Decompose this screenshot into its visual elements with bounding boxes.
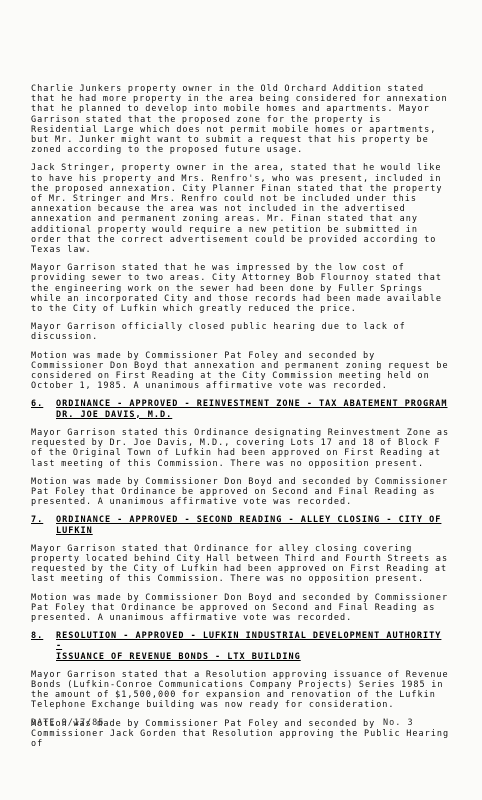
minutes-paragraph-10: Mayor Garrison stated that a Resolution … [31, 670, 453, 711]
footer-date: DATE 9/17/85 [31, 718, 104, 728]
agenda-item-7-heading: 7. ORDINANCE - APPROVED - SECOND READING… [31, 515, 453, 535]
agenda-item-6-title: ORDINANCE - APPROVED - REINVESTMENT ZONE… [56, 399, 453, 419]
agenda-item-7-title-line1: ORDINANCE - APPROVED - SECOND READING - … [56, 515, 441, 525]
minutes-page: Charlie Junkers property owner in the Ol… [31, 84, 453, 757]
agenda-item-6-number: 6. [31, 399, 56, 419]
agenda-item-7-number: 7. [31, 515, 56, 535]
minutes-paragraph-2: Jack Stringer, property owner in the are… [31, 163, 453, 255]
minutes-paragraph-5: Motion was made by Commissioner Pat Fole… [31, 351, 453, 392]
minutes-paragraph-7: Motion was made by Commissioner Don Boyd… [31, 477, 453, 508]
agenda-item-6-title-line1: ORDINANCE - APPROVED - REINVESTMENT ZONE… [56, 399, 448, 409]
agenda-item-8-title: RESOLUTION - APPROVED - LUFKIN INDUSTRIA… [56, 631, 453, 662]
minutes-paragraph-9: Motion was made by Commissioner Don Boyd… [31, 593, 453, 624]
minutes-paragraph-4: Mayor Garrison officially closed public … [31, 322, 453, 342]
minutes-paragraph-8: Mayor Garrison stated that Ordinance for… [31, 544, 453, 585]
minutes-paragraph-6: Mayor Garrison stated this Ordinance des… [31, 428, 453, 469]
agenda-item-8-heading: 8. RESOLUTION - APPROVED - LUFKIN INDUST… [31, 631, 453, 662]
page-footer: DATE 9/17/85 No. 3 [31, 718, 453, 728]
agenda-item-6-title-line2: DR. JOE DAVIS, M.D. [56, 410, 172, 420]
minutes-paragraph-3: Mayor Garrison stated that he was impres… [31, 263, 453, 314]
footer-page-number: No. 3 [383, 718, 414, 728]
agenda-item-7-title-line2: LUFKIN [56, 526, 93, 536]
agenda-item-8-title-line2: ISSUANCE OF REVENUE BONDS - LTX BUILDING [56, 652, 301, 662]
minutes-paragraph-1: Charlie Junkers property owner in the Ol… [31, 84, 453, 155]
agenda-item-8-number: 8. [31, 631, 56, 662]
agenda-item-6-heading: 6. ORDINANCE - APPROVED - REINVESTMENT Z… [31, 399, 453, 419]
agenda-item-7-title: ORDINANCE - APPROVED - SECOND READING - … [56, 515, 453, 535]
agenda-item-8-title-line1: RESOLUTION - APPROVED - LUFKIN INDUSTRIA… [56, 631, 441, 651]
